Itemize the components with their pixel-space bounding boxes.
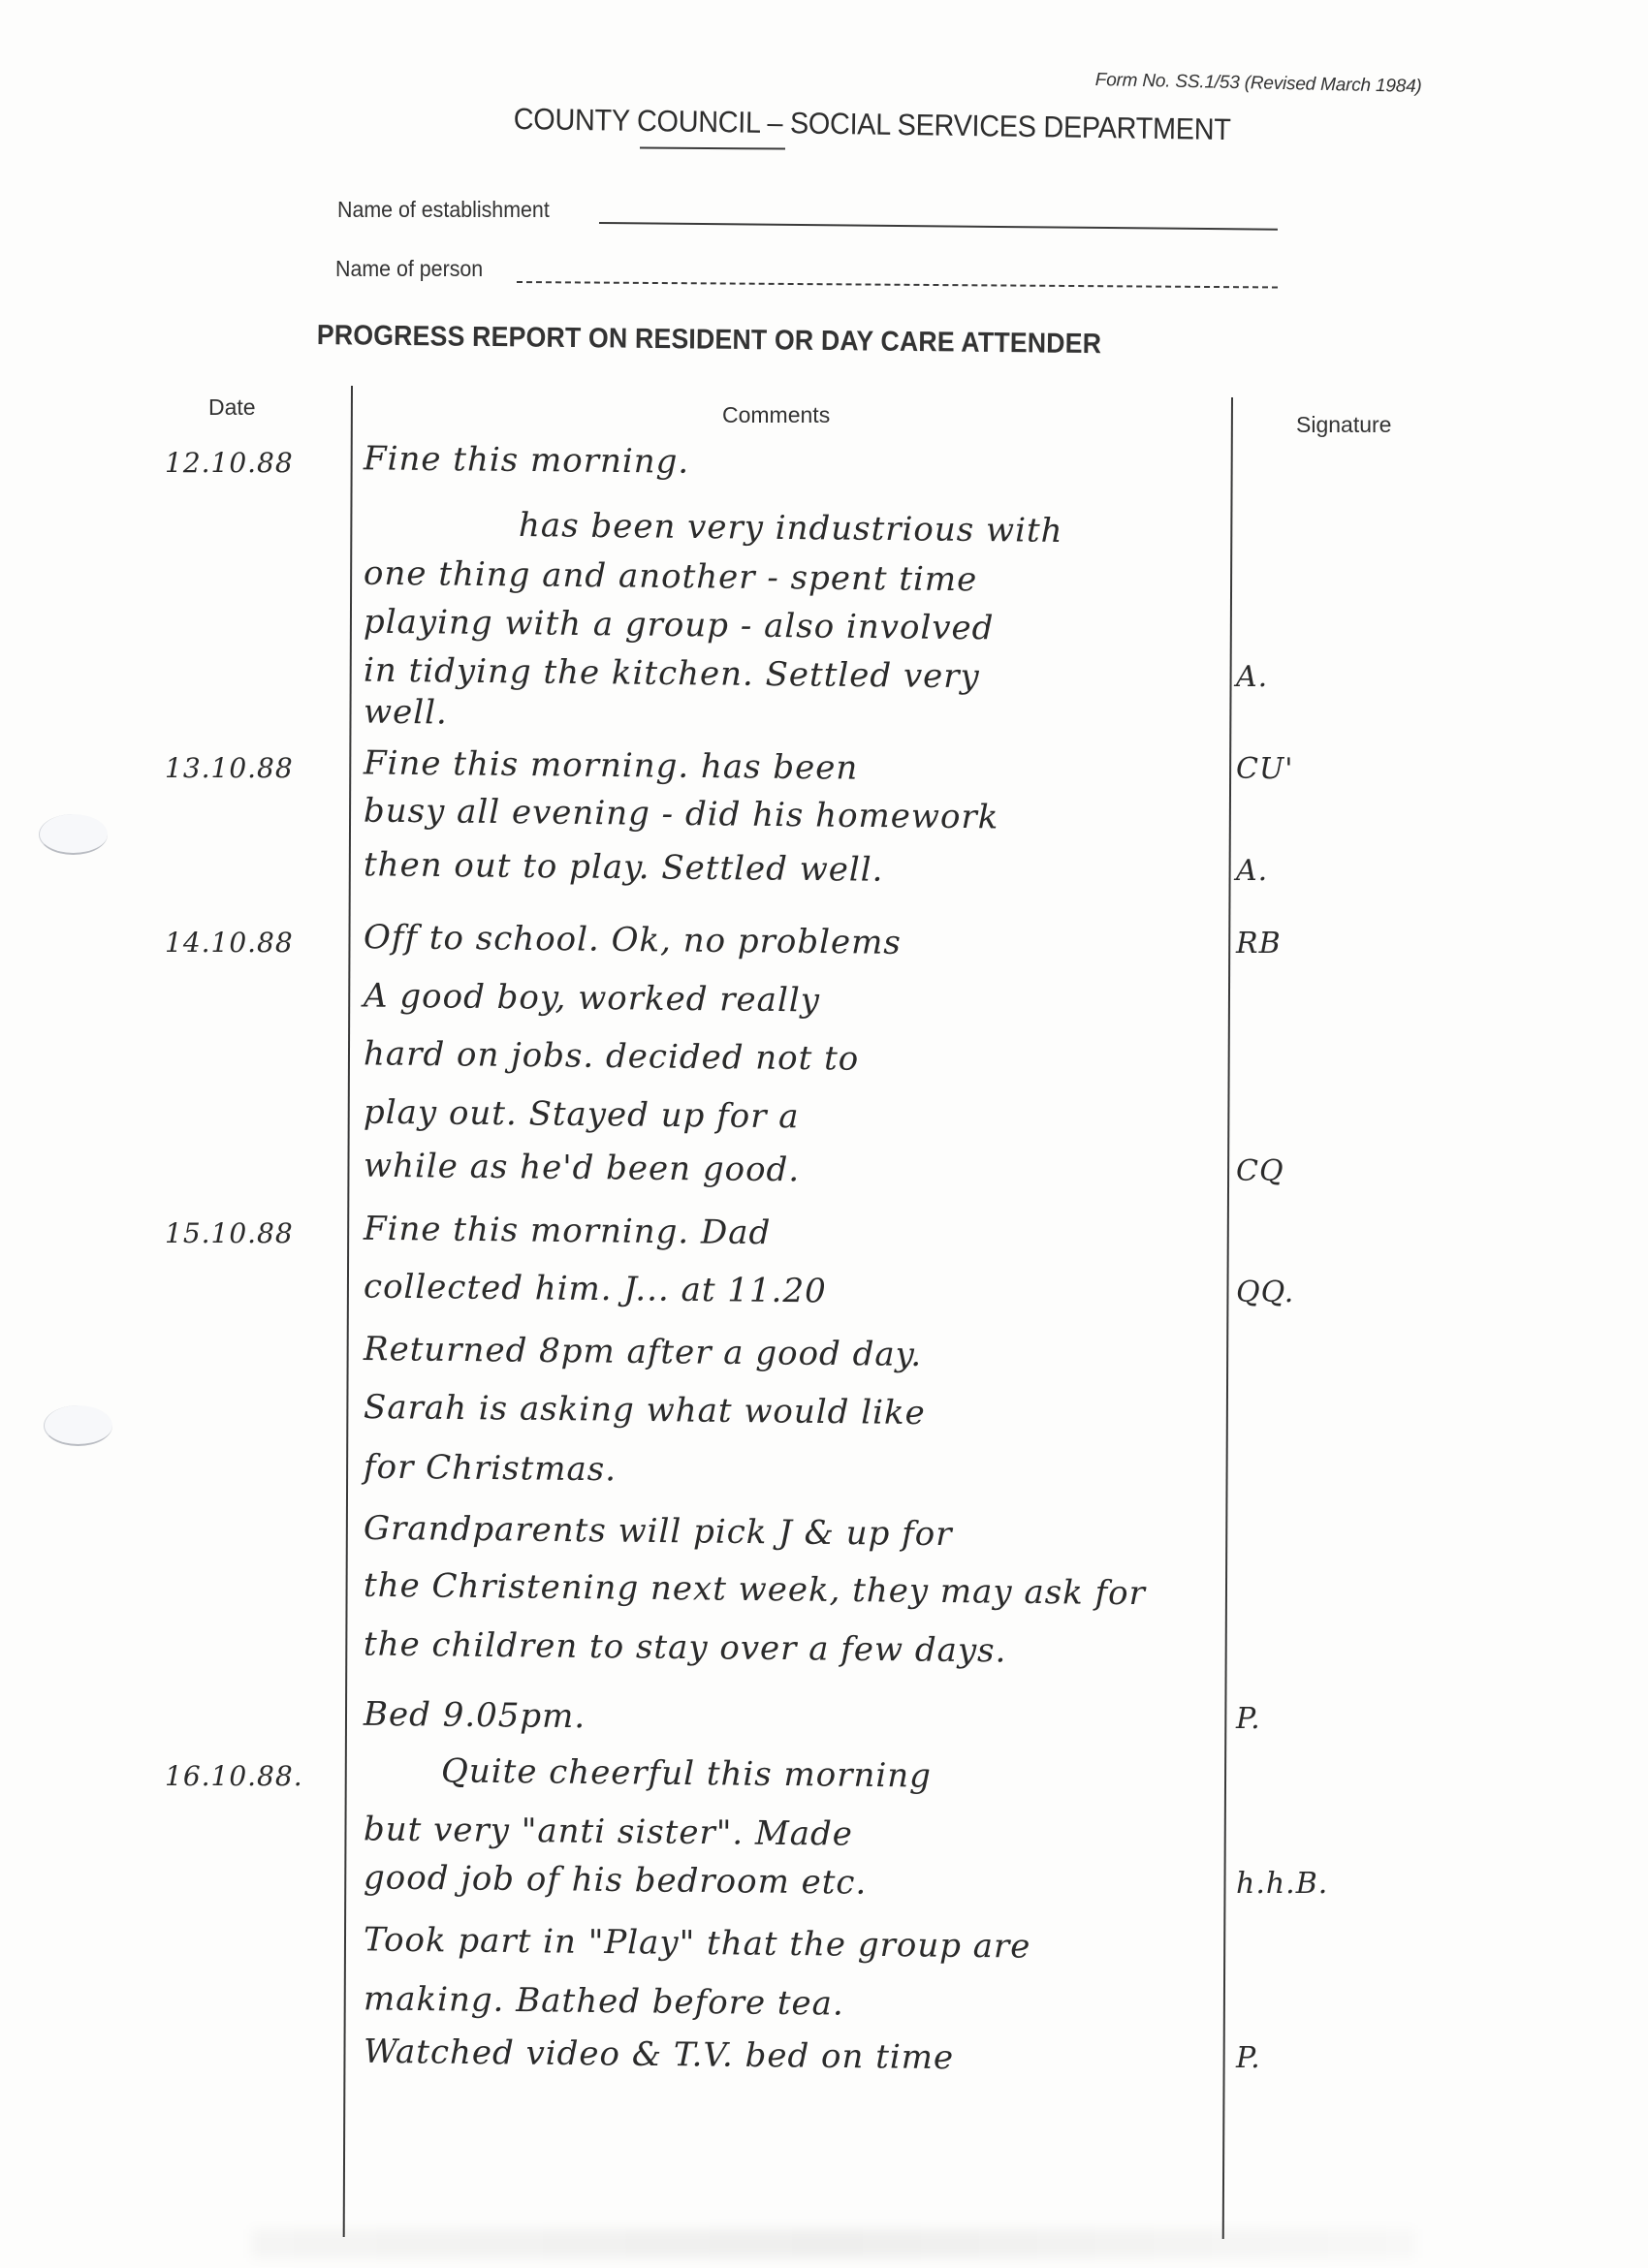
entry-comment: hard on jobs. decided not to [364,1034,860,1078]
entry-date: 15.10.88 [165,1217,294,1249]
punch-hole [39,814,108,855]
entry-comment: while as he'd been good. [364,1147,801,1190]
entry-comment: Quite cheerful this morning [441,1751,932,1795]
entry-comment: Bed 9.05pm. [364,1695,586,1736]
entry-comment: well. [364,693,448,733]
entry-comment: Watched video & T.V. bed on time [364,2032,955,2077]
entry-comment: play out. Stayed up for a [364,1093,800,1137]
entry-signature: CQ [1236,1154,1284,1188]
entry-comment: the children to stay over a few days. [364,1625,1007,1671]
entry-comment: has been very industrious with [519,506,1063,551]
entry-comment: Fine this morning. Dad [364,1210,772,1252]
date-column-header: Date [208,394,256,421]
entry-signature: P. [1236,1702,1261,1736]
entry-comment: in tidying the kitchen. Settled very [364,651,980,697]
entry-signature: P. [1236,2041,1261,2075]
entry-comment: collected him. J... at 11.20 [364,1267,827,1310]
scan-smudge [252,2229,1415,2258]
entry-signature: A. [1236,854,1268,888]
entry-comment: Sarah is asking what would like [364,1388,926,1433]
entry-date: 14.10.88 [165,927,294,959]
person-label: Name of person [335,256,483,282]
entry-comment: Off to school. Ok, no problems [364,918,902,962]
date-column-divider [343,386,353,2237]
entry-signature: RB [1236,927,1282,961]
entry-comment: good job of his bedroom etc. [364,1858,868,1902]
entry-comment: Grandparents will pick J & up for [364,1509,953,1554]
entry-comment: Fine this morning. [364,439,690,482]
entry-comment: playing with a group - also involved [364,603,995,648]
entry-comment: for Christmas. [364,1448,617,1490]
entry-comment: then out to play. Settled well. [364,845,884,890]
entry-comment: busy all evening - did his homework [364,792,999,837]
form-number: Form No. SS.1/53 (Revised March 1984) [1095,70,1422,98]
entry-date: 16.10.88. [165,1760,303,1792]
entry-comment: Fine this morning. has been [364,743,859,787]
entry-comment: the Christening next week, they may ask … [364,1566,1146,1613]
signature-column-divider [1222,397,1233,2239]
title-underline [640,146,785,149]
entry-comment: making. Bathed before tea. [364,1979,844,2023]
entry-signature: A. [1236,660,1268,694]
person-field[interactable] [517,281,1278,288]
entry-comment: Took part in "Play" that the group are [364,1920,1031,1966]
entry-date: 13.10.88 [165,752,294,784]
entry-signature: QQ. [1236,1276,1294,1309]
entry-signature: h.h.B. [1236,1867,1328,1901]
establishment-label: Name of establishment [337,197,550,223]
establishment-field[interactable] [599,222,1278,231]
entry-comment: one thing and another - spent time [364,554,978,600]
comments-column-header: Comments [722,402,830,428]
signature-column-header: Signature [1296,412,1391,438]
report-title: PROGRESS REPORT ON RESIDENT OR DAY CARE … [317,320,1102,361]
punch-hole [44,1405,112,1446]
entry-date: 12.10.88 [165,447,294,479]
entry-comment: A good boy, worked really [364,977,820,1021]
entry-signature: CU' [1236,752,1293,786]
entry-comment: but very "anti sister". Made [364,1810,853,1853]
department-title: COUNTY COUNCIL – SOCIAL SERVICES DEPARTM… [514,102,1231,147]
entry-comment: Returned 8pm after a good day. [364,1330,923,1374]
